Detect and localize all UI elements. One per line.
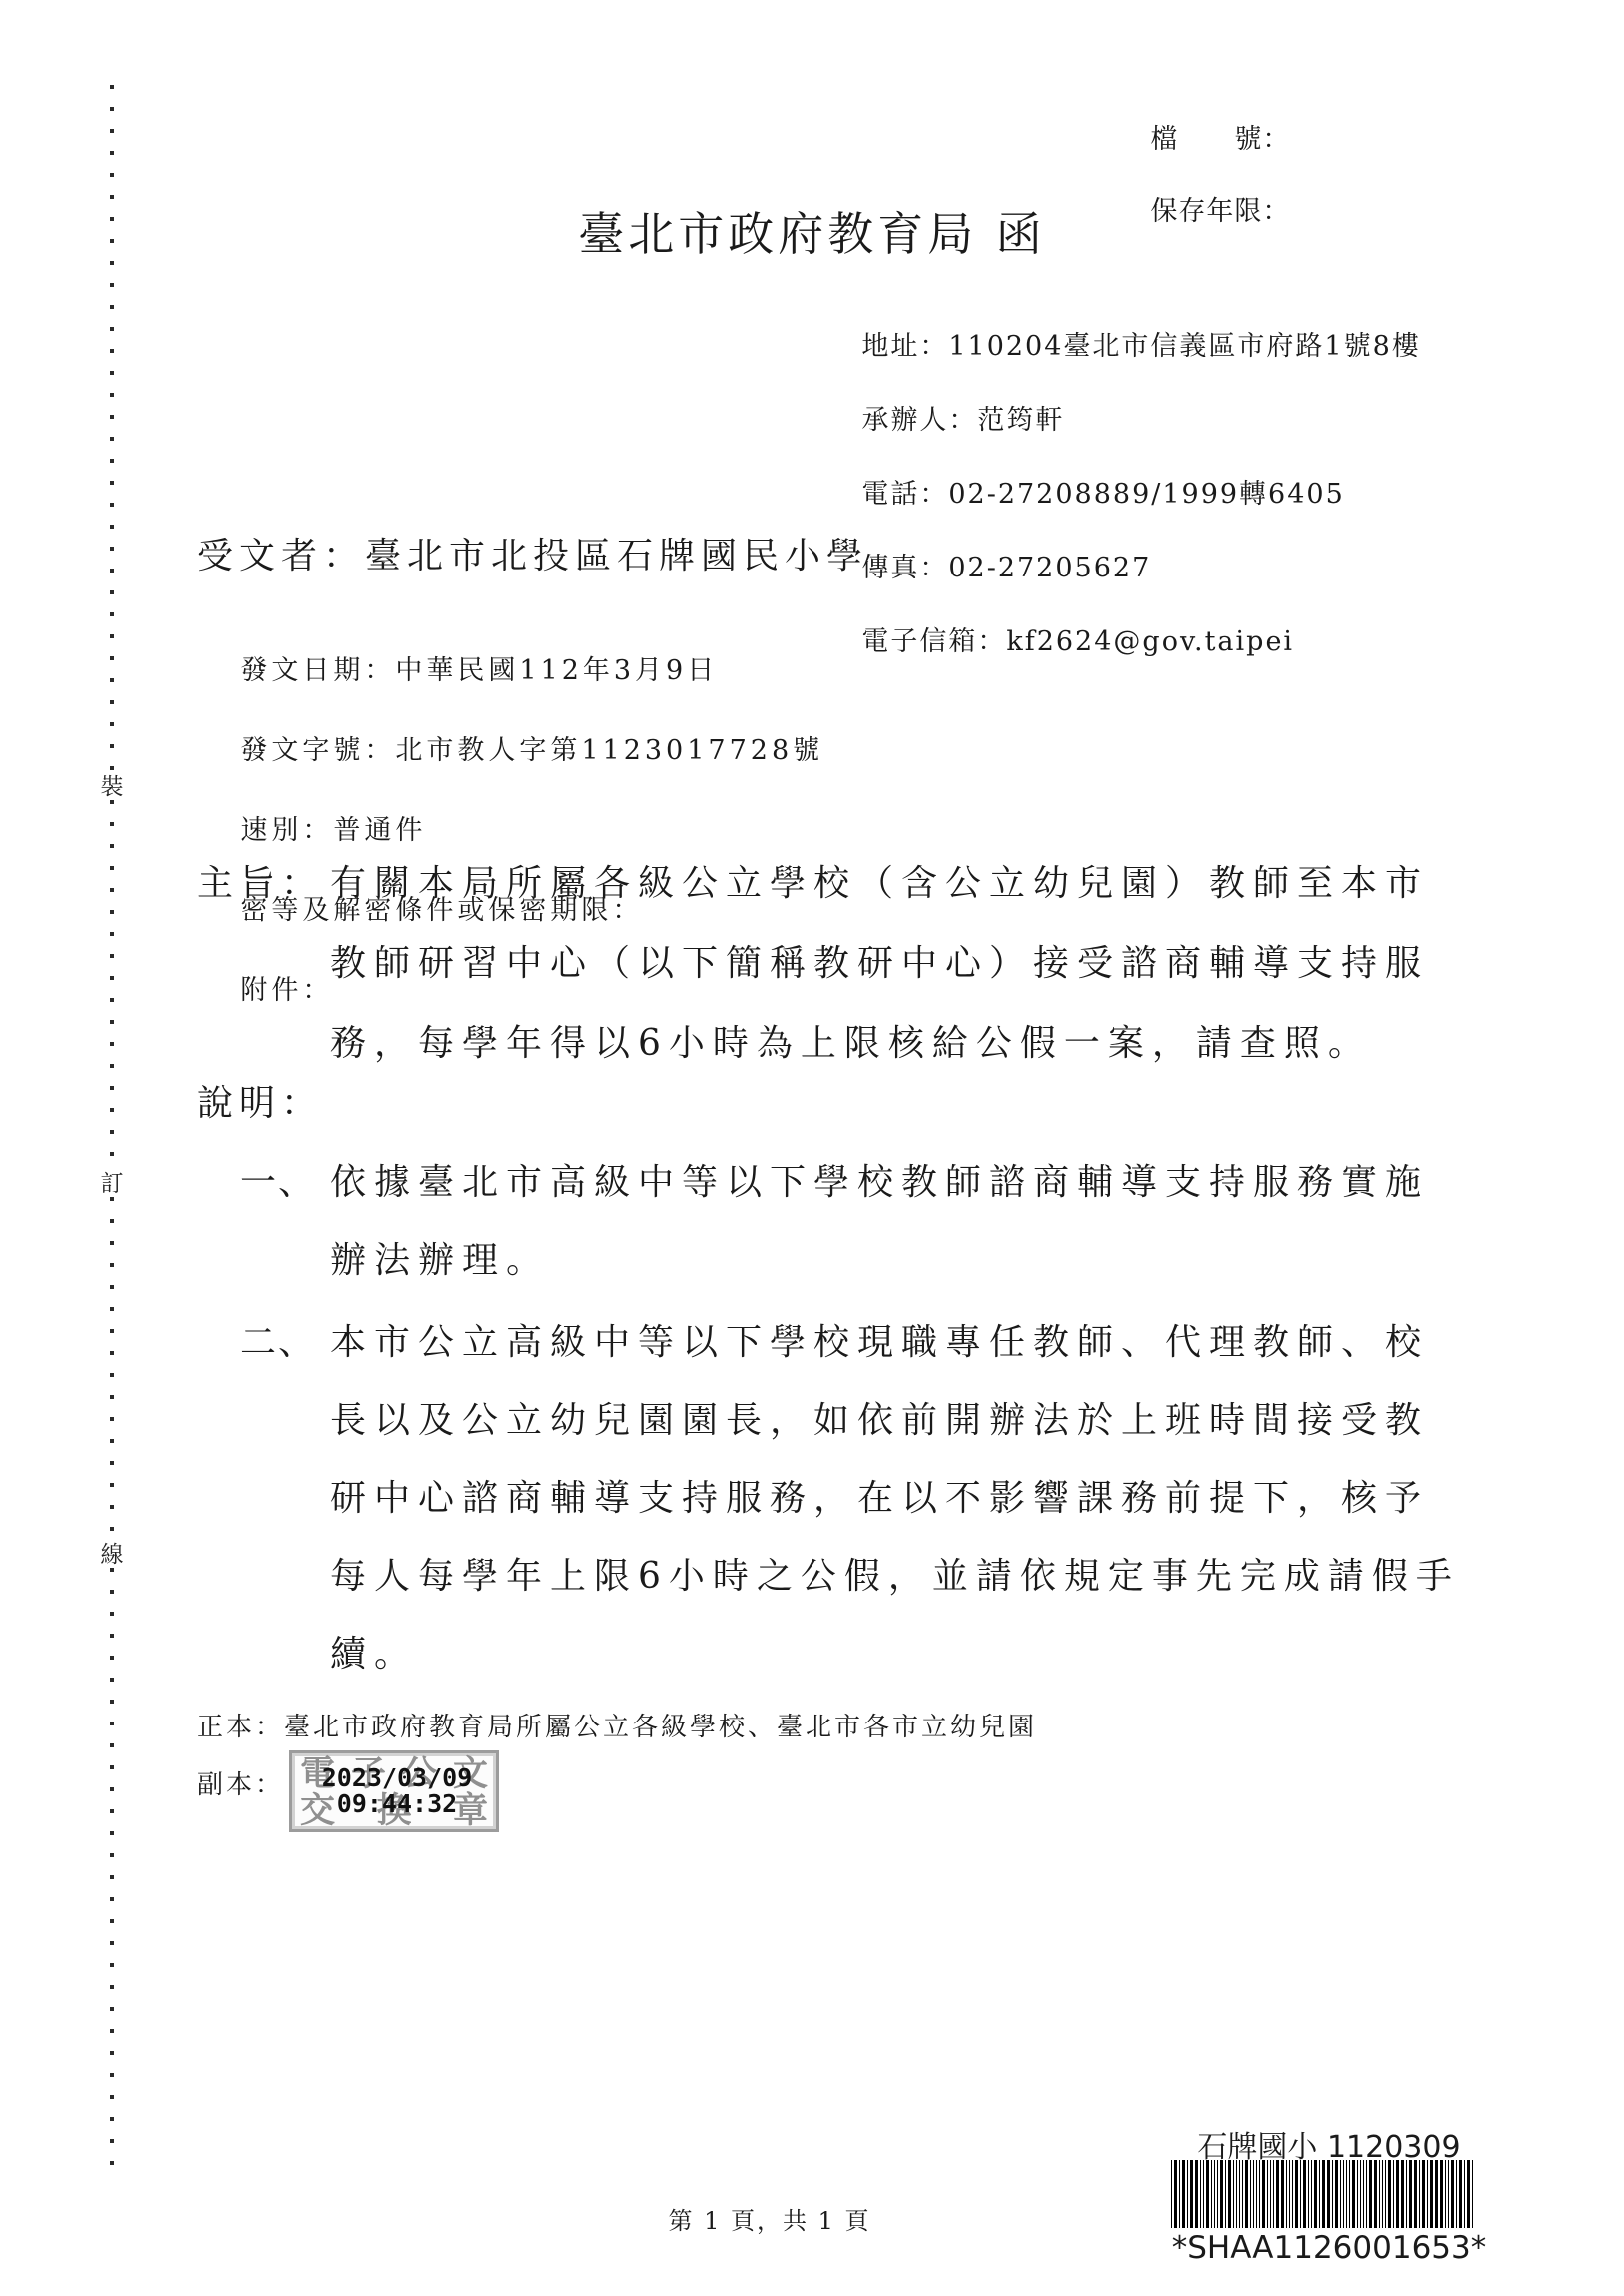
sender-email: 電子信箱：kf2624@gov.taipei (861, 626, 1294, 657)
document-title: 臺北市政府教育局 函 (0, 198, 1624, 264)
item-2-line: 長以及公立幼兒園園長，如依前開辦法於上班時間接受教 (330, 1382, 1460, 1460)
dispatch-number: 發文字號：北市教人字第1123017728號 (240, 735, 823, 766)
item-1-label: 一、 (240, 1144, 316, 1222)
official-letter-page: 裝 訂 線 檔 號： 保存年限： 臺北市政府教育局 函 地址：110204臺北市… (0, 0, 1624, 2296)
barcode-code-text: *SHAA1126001653* (1163, 2230, 1495, 2266)
item-2-line: 研中心諮商輔導支持服務，在以不影響課務前提下，核予 (330, 1460, 1460, 1538)
sender-address: 地址：110204臺北市信義區市府路1號8樓 (861, 331, 1420, 362)
binding-mark-ding: 訂 (101, 1171, 124, 1197)
stamp-time: 09:44:32 (337, 1789, 457, 1818)
subject-line: 有關本局所屬各級公立學校（含公立幼兒園）教師至本市 (330, 844, 1429, 924)
item-2-line: 每人每學年上限6小時之公假，並請依規定事先完成請假手 (330, 1538, 1460, 1616)
binding-mark-xian: 線 (101, 1542, 124, 1568)
distribution-original: 正本：臺北市政府教育局所屬公立各級學校、臺北市各市立幼兒園 (197, 1711, 1037, 1744)
binding-dotted-line (110, 85, 114, 774)
distribution-copy-label: 副本： (197, 1768, 284, 1802)
item-1-line: 依據臺北市高級中等以下學校教師諮商輔導支持服務實施 (330, 1144, 1429, 1222)
sender-contact-person: 承辦人：范筠軒 (861, 405, 1064, 436)
binding-mark-zhuang: 裝 (101, 774, 124, 800)
explanation-item-2: 二、 本市公立高級中等以下學校現職專任教師、代理教師、校 長以及公立幼兒園園長，… (240, 1304, 1460, 1694)
stamp-date: 2023/03/09 (322, 1763, 473, 1792)
subject-line: 務，每學年得以6小時為上限核給公假一案，請查照。 (330, 1004, 1429, 1084)
subject-section: 主旨： 有關本局所屬各級公立學校（含公立幼兒園）教師至本市 教師研習中心（以下簡… (197, 844, 1429, 1084)
item-2-content: 本市公立高級中等以下學校現職專任教師、代理教師、校 長以及公立幼兒園園長，如依前… (330, 1304, 1460, 1694)
sender-fax: 傳真：02-27205627 (861, 553, 1151, 583)
dispatch-date: 發文日期：中華民國112年3月9日 (240, 655, 718, 686)
sender-contact-block: 地址：110204臺北市信義區市府路1號8樓 承辦人：范筠軒 電話：02-272… (819, 291, 1421, 697)
barcode-bars (1171, 2160, 1489, 2228)
item-1-content: 依據臺北市高級中等以下學校教師諮商輔導支持服務實施 辦法辦理。 (330, 1144, 1429, 1300)
binding-dotted-line (110, 800, 114, 1171)
item-2-line: 續。 (330, 1616, 1460, 1694)
recipient-line: 受文者：臺北市北投區石牌國民小學 (197, 528, 868, 578)
subject-content: 有關本局所屬各級公立學校（含公立幼兒園）教師至本市 教師研習中心（以下簡稱教研中… (330, 844, 1429, 1084)
binding-dotted-line (110, 1197, 114, 1542)
item-2-label: 二、 (240, 1304, 316, 1382)
subject-line: 教師研習中心（以下簡稱教研中心）接受諮商輔導支持服 (330, 924, 1429, 1004)
binding-margin: 裝 訂 線 (98, 85, 126, 2183)
subject-label: 主旨： (197, 844, 323, 924)
item-1-line: 辦法辦理。 (330, 1222, 1429, 1300)
binding-dotted-line (110, 1568, 114, 2183)
stamp-datetime: 2023/03/09 09:44:32 (306, 1765, 488, 1817)
electronic-exchange-stamp: 電子公文 交換章 2023/03/09 09:44:32 (289, 1750, 499, 1832)
explanation-label: 說明： (197, 1082, 323, 1126)
file-number-label: 檔 號： (1150, 124, 1290, 155)
sender-phone: 電話：02-27208889/1999轉6405 (861, 479, 1344, 510)
explanation-item-1: 一、 依據臺北市高級中等以下學校教師諮商輔導支持服務實施 辦法辦理。 (240, 1144, 1429, 1300)
item-2-line: 本市公立高級中等以下學校現職專任教師、代理教師、校 (330, 1304, 1460, 1382)
dispatch-speed: 速別：普通件 (240, 815, 426, 846)
